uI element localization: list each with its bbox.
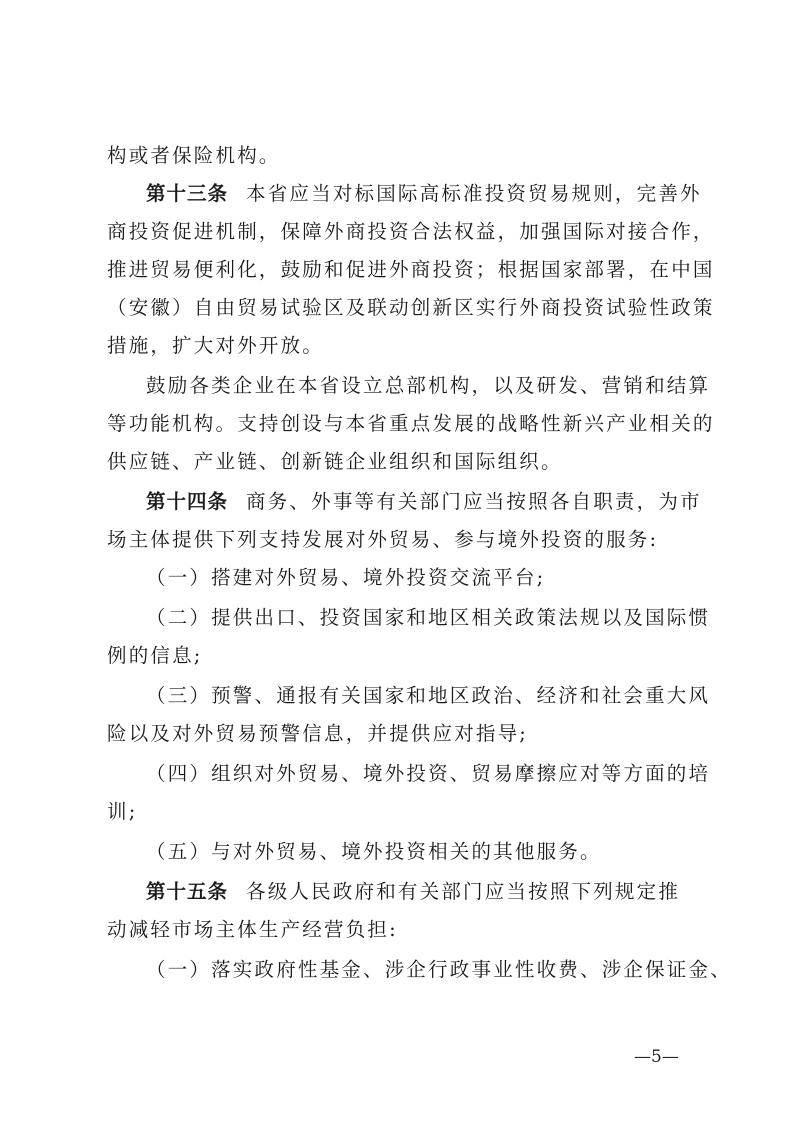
list-item-3: （三）预警、通报有关国家和地区政治、经济和社会重大风 — [146, 678, 710, 714]
text-line: 商投资促进机制，保障外商投资合法权益，加强国际对接合作， — [107, 214, 715, 250]
text-line: 推进贸易便利化，鼓励和促进外商投资；根据国家部署，在中国 — [107, 252, 715, 288]
text-line: （安徽）自由贸易试验区及联动创新区实行外商投资试验性政策 — [107, 290, 715, 326]
text-line: 场主体提供下列支持发展对外贸易、参与境外投资的服务: — [107, 522, 658, 558]
article-15-label: 第十五条 — [146, 880, 228, 903]
text-line: 措施，扩大对外开放。 — [107, 328, 324, 364]
line-text: （四）组织对外贸易、境外投资、贸易摩擦应对等方面的培 — [146, 762, 710, 785]
line-text: 险以及对外贸易预警信息，并提供应对指导; — [107, 722, 528, 745]
text-line: 训; — [107, 794, 137, 830]
text-line: 构或者保险机构。 — [107, 138, 281, 174]
line-text: 商务、外事等有关部门应当按照各自职责，为市 — [246, 490, 702, 513]
text-line: 等功能机构。支持创设与本省重点发展的战略性新兴产业相关的 — [107, 406, 715, 442]
list-item-5: （五）与对外贸易、境外投资相关的其他服务。 — [146, 834, 602, 870]
text-line: 例的信息; — [107, 638, 203, 674]
line-text: 推进贸易便利化，鼓励和促进外商投资；根据国家部署，在中国 — [107, 258, 715, 281]
line-text: 本省应当对标国际高标准投资贸易规则，完善外 — [246, 182, 702, 205]
line-text: 例的信息; — [107, 644, 203, 667]
text-line: 险以及对外贸易预警信息，并提供应对指导; — [107, 716, 528, 752]
line-text: （三）预警、通报有关国家和地区政治、经济和社会重大风 — [146, 684, 710, 707]
line-text: 训; — [107, 800, 137, 823]
list-item-1: （一）落实政府性基金、涉企行政事业性收费、涉企保证金、 — [146, 952, 732, 988]
article-15-heading-line: 第十五条各级人民政府和有关部门应当按照下列规定推 — [146, 874, 680, 910]
line-text: 措施，扩大对外开放。 — [107, 334, 324, 357]
article-14-heading-line: 第十四条商务、外事等有关部门应当按照各自职责，为市 — [146, 484, 702, 520]
line-text: 场主体提供下列支持发展对外贸易、参与境外投资的服务: — [107, 528, 658, 551]
paragraph-start-line: 鼓励各类企业在本省设立总部机构，以及研发、营销和结算 — [146, 368, 710, 404]
line-text: 等功能机构。支持创设与本省重点发展的战略性新兴产业相关的 — [107, 412, 715, 435]
line-text: 动减轻市场主体生产经营负担: — [107, 918, 398, 941]
article-13-label: 第十三条 — [146, 182, 228, 205]
line-text: （安徽）自由贸易试验区及联动创新区实行外商投资试验性政策 — [107, 296, 715, 319]
line-text: 构或者保险机构。 — [107, 144, 281, 167]
article-14-label: 第十四条 — [146, 490, 228, 513]
text-line: 供应链、产业链、创新链企业组织和国际组织。 — [107, 444, 563, 480]
list-item-2: （二）提供出口、投资国家和地区相关政策法规以及国际惯 — [146, 600, 710, 636]
line-text: （五）与对外贸易、境外投资相关的其他服务。 — [146, 840, 602, 863]
line-text: （一）搭建对外贸易、境外投资交流平台; — [146, 566, 545, 589]
article-13-heading-line: 第十三条本省应当对标国际高标准投资贸易规则，完善外 — [146, 176, 702, 212]
page-number: —5— — [634, 1047, 679, 1067]
line-text: （二）提供出口、投资国家和地区相关政策法规以及国际惯 — [146, 606, 710, 629]
line-text: 各级人民政府和有关部门应当按照下列规定推 — [246, 880, 680, 903]
line-text: 鼓励各类企业在本省设立总部机构，以及研发、营销和结算 — [146, 374, 710, 397]
line-text: 供应链、产业链、创新链企业组织和国际组织。 — [107, 450, 563, 473]
list-item-4: （四）组织对外贸易、境外投资、贸易摩擦应对等方面的培 — [146, 756, 710, 792]
line-text: 商投资促进机制，保障外商投资合法权益，加强国际对接合作， — [107, 220, 715, 243]
text-line: 动减轻市场主体生产经营负担: — [107, 912, 398, 948]
list-item-1: （一）搭建对外贸易、境外投资交流平台; — [146, 560, 545, 596]
line-text: （一）落实政府性基金、涉企行政事业性收费、涉企保证金、 — [146, 958, 732, 981]
